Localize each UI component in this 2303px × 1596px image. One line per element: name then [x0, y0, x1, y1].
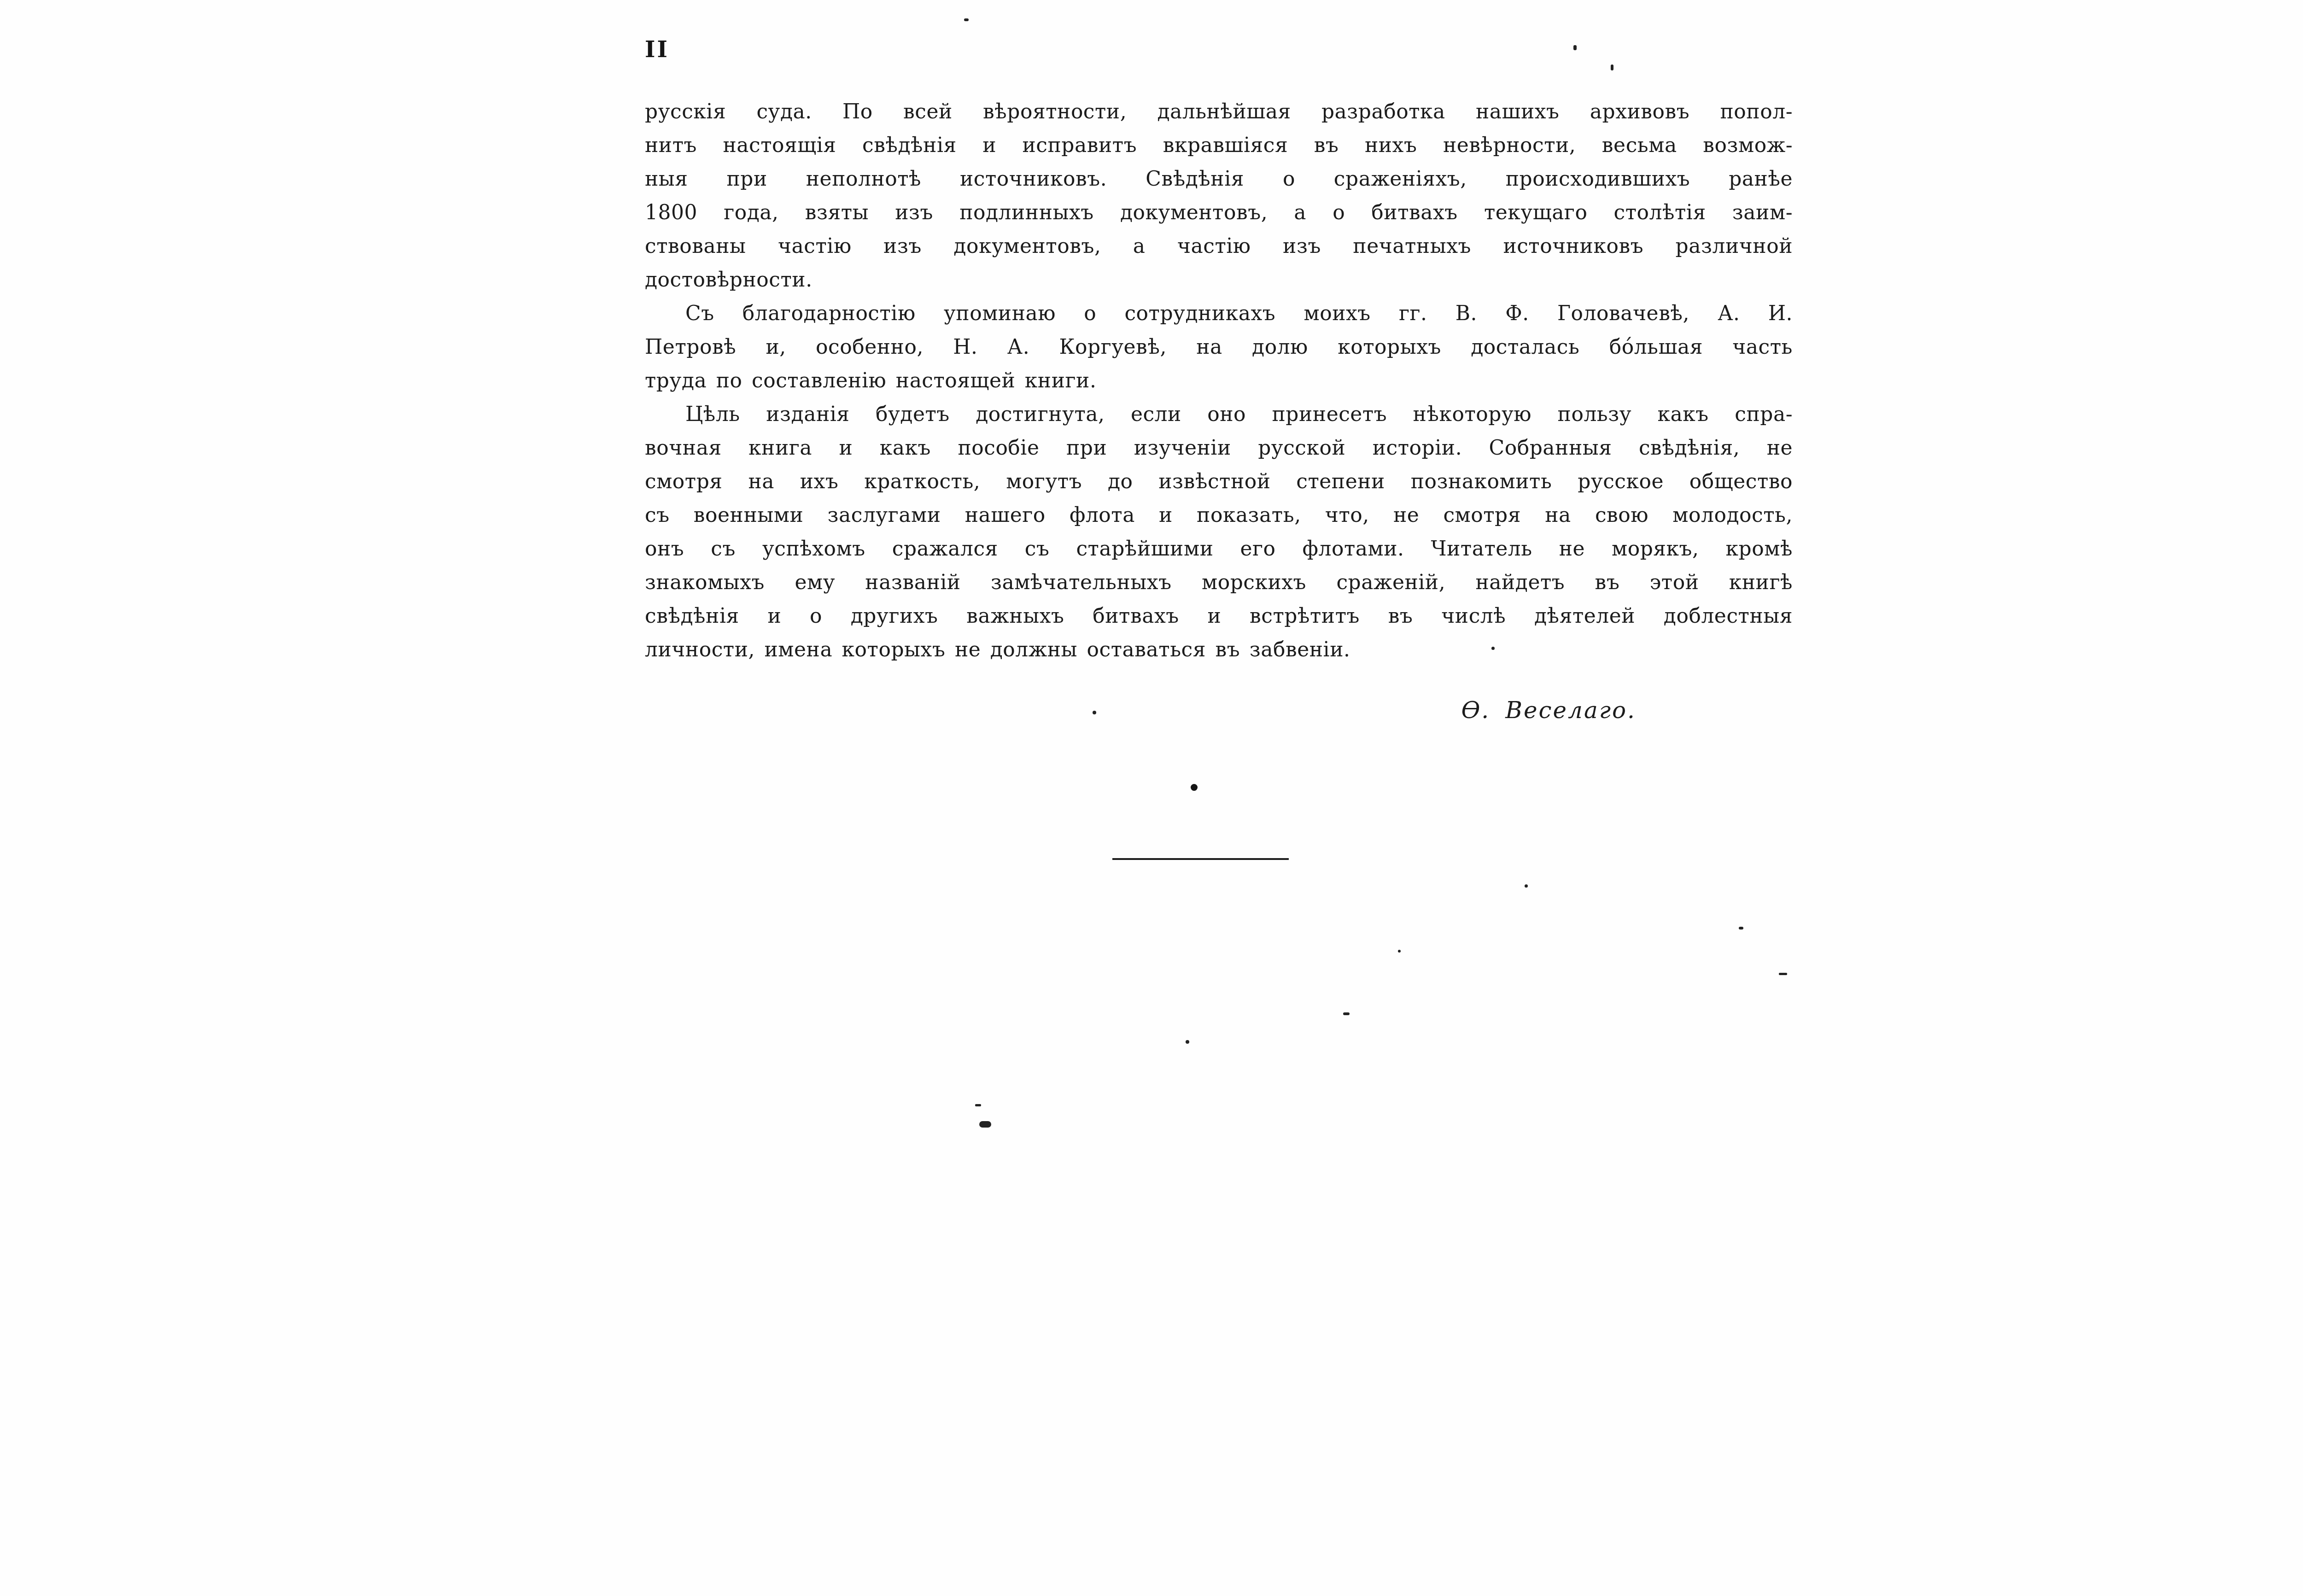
scan-speck [1573, 45, 1577, 50]
scanned-book-page: II русскія суда. По всей вѣроятности, да… [0, 0, 2303, 1596]
text-line: личности, имена которыхъ не должны остав… [645, 633, 1793, 666]
text-line: Цѣль изданія будетъ достигнута, если оно… [645, 398, 1793, 431]
scan-speck [979, 1121, 991, 1128]
scan-speck [975, 1104, 981, 1106]
scan-speck [1779, 973, 1787, 975]
preface-text-block: русскія суда. По всей вѣроятности, дальн… [645, 95, 1793, 666]
text-line: Съ благодарностію упоминаю о сотрудниках… [645, 297, 1793, 330]
scan-speck [1093, 711, 1096, 714]
text-line: нитъ настоящія свѣдѣнія и исправитъ вкра… [645, 129, 1793, 162]
author-signature: Ѳ. Веселаго. [645, 694, 1793, 727]
scan-speck [1739, 927, 1743, 930]
text-line: Петровѣ и, особенно, Н. А. Коргуевѣ, на … [645, 330, 1793, 364]
text-line: онъ съ успѣхомъ сражался съ старѣйшими е… [645, 532, 1793, 566]
scan-speck [1398, 950, 1401, 953]
scan-speck [1525, 884, 1528, 888]
scan-speck [1186, 1040, 1189, 1044]
text-line: ствованы частію изъ документовъ, а часті… [645, 229, 1793, 263]
text-line: труда по составленію настоящей книги. [645, 364, 1793, 398]
page-number: II [645, 37, 669, 63]
section-end-dot [1191, 784, 1198, 791]
text-line: свѣдѣнія и о другихъ важныхъ битвахъ и в… [645, 599, 1793, 633]
text-line: смотря на ихъ краткость, могутъ до извѣс… [645, 465, 1793, 498]
scan-speck [964, 18, 969, 21]
text-line: знакомыхъ ему названій замѣчательныхъ мо… [645, 566, 1793, 599]
scan-speck [1611, 64, 1613, 70]
scan-speck [1491, 647, 1495, 650]
text-line: 1800 года, взяты изъ подлинныхъ документ… [645, 196, 1793, 229]
text-line: ныя при неполнотѣ источниковъ. Свѣдѣнія … [645, 162, 1793, 196]
text-line: съ военными заслугами нашего флота и пок… [645, 498, 1793, 532]
scan-speck [1343, 1012, 1350, 1015]
text-line: вочная книга и какъ пособіе при изученіи… [645, 431, 1793, 465]
text-line: русскія суда. По всей вѣроятности, дальн… [645, 95, 1793, 129]
text-line: достовѣрности. [645, 263, 1793, 297]
section-divider-rule [1112, 858, 1289, 860]
